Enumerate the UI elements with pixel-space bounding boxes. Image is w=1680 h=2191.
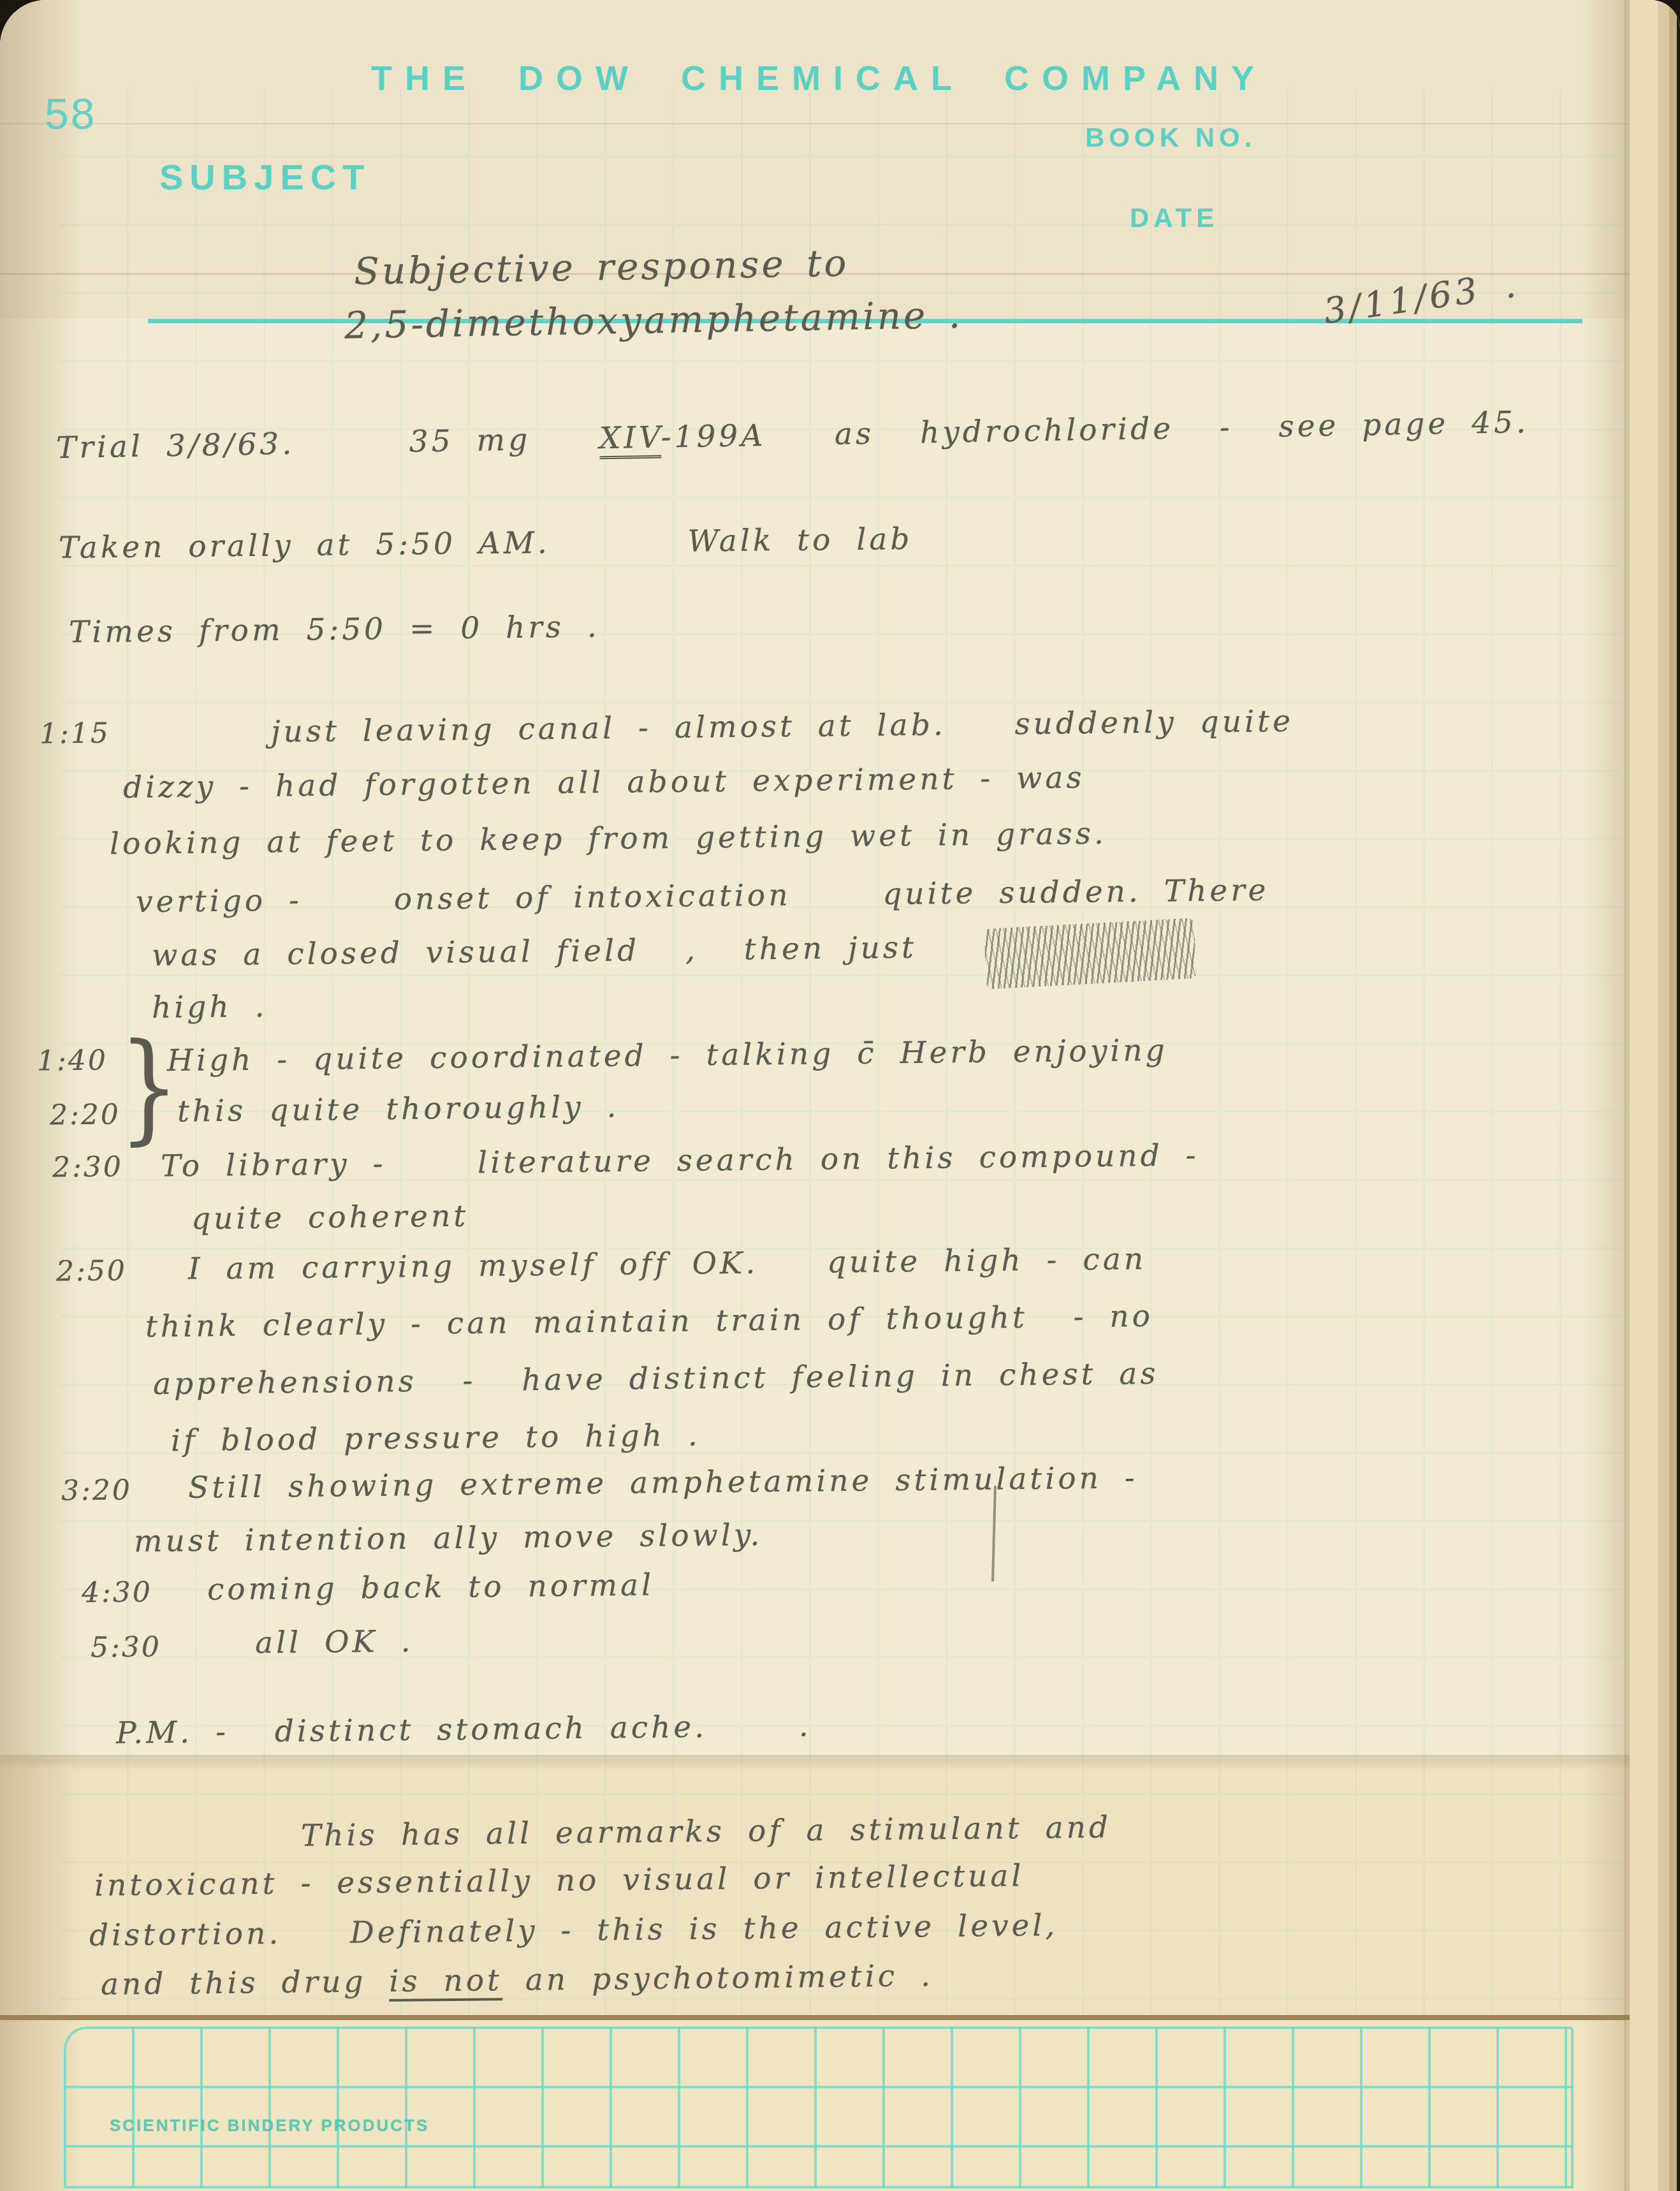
timestamp-2-30: 2:30 (52, 1150, 123, 1183)
page-edge-stack-2 (1658, 0, 1669, 2191)
times-line: Times from 5:50 = 0 hrs . (69, 610, 600, 650)
paper-seam-top (0, 123, 1680, 124)
book-no-label: BOOK NO. (1085, 122, 1256, 153)
entry-5-line-2: must intention ally move slowly. (134, 1518, 763, 1559)
company-name: THE DOW CHEMICAL COMPANY (371, 59, 1267, 98)
entry-4-line-4: if blood pressure to high . (171, 1418, 701, 1459)
notebook-page: 58 THE DOW CHEMICAL COMPANY BOOK NO. SUB… (0, 0, 1680, 2191)
paper-crease-brown (0, 2015, 1680, 2020)
page-edge-stack-1 (1630, 0, 1658, 2191)
subject-label: SUBJECT (159, 156, 370, 198)
pm-note: P.M. - distinct stomach ache. . (116, 1708, 812, 1750)
graph-grid (64, 2026, 1574, 2188)
bindery-stamp: SCIENTIFIC BINDERY PRODUCTS (110, 2116, 429, 2136)
compound-code: XIV (599, 420, 662, 460)
conclusion-4-underlined: is not (389, 1963, 502, 2002)
date-label: DATE (1130, 203, 1218, 233)
timestamp-5-30: 5:30 (91, 1630, 161, 1664)
entry-2-line-2: this quite thoroughly . (177, 1089, 620, 1129)
timestamp-1-15: 1:15 (40, 717, 110, 750)
timestamp-3-20: 3:20 (61, 1474, 132, 1507)
timestamp-2-50: 2:50 (56, 1254, 127, 1287)
notebook-scan: 58 THE DOW CHEMICAL COMPANY BOOK NO. SUB… (0, 0, 1680, 2191)
page-edge-stack-3 (1669, 0, 1677, 2191)
page-edge-shadow (1581, 0, 1626, 2191)
conclusion-4-post: an psychotomimetic . (502, 1958, 934, 1998)
page-edge-dark (1677, 0, 1680, 2191)
binding-gutter (0, 0, 83, 2191)
timestamp-1-40: 1:40 (37, 1044, 108, 1077)
page-number: 58 (45, 89, 97, 139)
page-edge-line-1 (1625, 0, 1630, 2191)
conclusion-4-pre: and this drug (101, 1964, 390, 2002)
scribbled-out-word (984, 918, 1197, 989)
title-line-1: Subjective response to (353, 241, 849, 293)
entry-3-line-2: quite coherent (191, 1199, 469, 1237)
timestamp-2-20: 2:20 (50, 1098, 121, 1131)
timestamp-4-30: 4:30 (82, 1576, 152, 1609)
entry-6-line-1: coming back to normal (207, 1567, 655, 1607)
tape-seam-lower (0, 1755, 1680, 1770)
entry-7-line-1: all OK . (255, 1624, 414, 1661)
